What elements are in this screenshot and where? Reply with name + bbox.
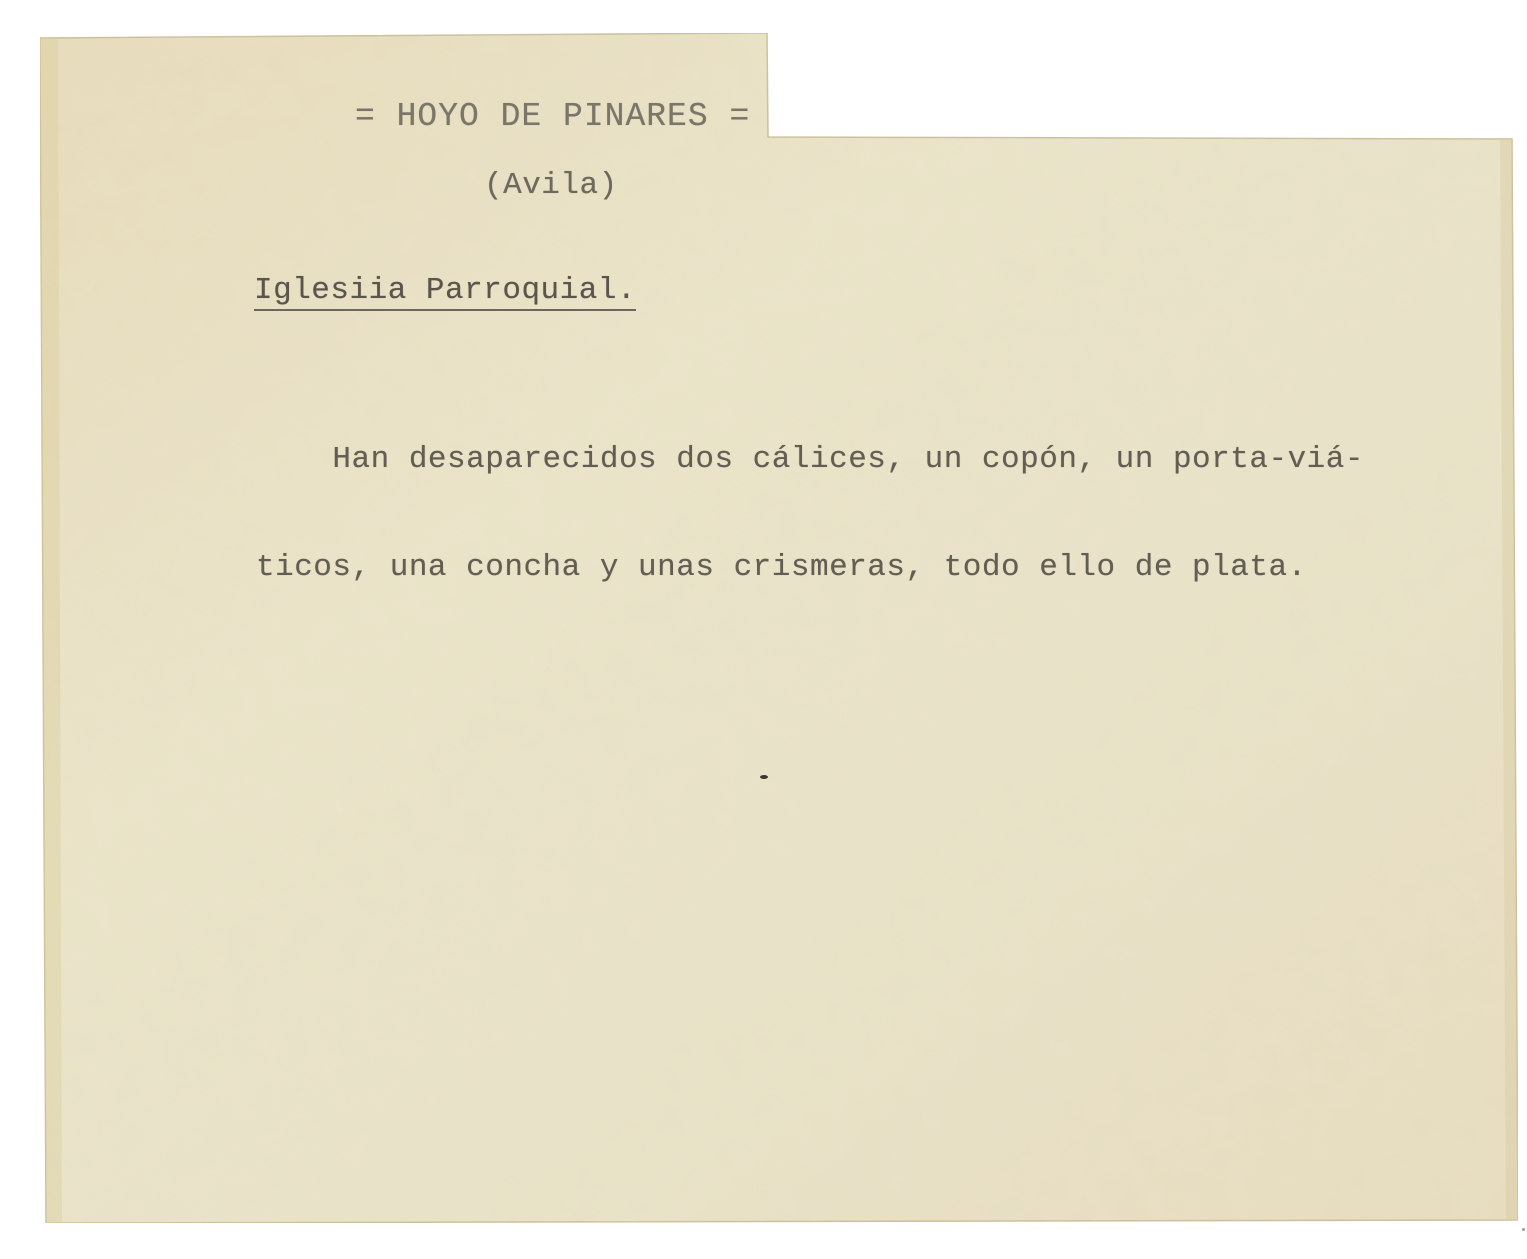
- card-title: = HOYO DE PINARES =: [355, 98, 750, 135]
- body-line-1: Han desaparecidos dos cálices, un copón,…: [256, 442, 1364, 478]
- section-heading: Iglesiia Parroquial.: [254, 273, 636, 311]
- index-card: = HOYO DE PINARES = (Avila) Iglesiia Par…: [0, 0, 1527, 1259]
- province-label: (Avila): [484, 168, 618, 203]
- body-text: Han desaparecidos dos cálices, un copón,…: [256, 370, 1364, 658]
- ink-speck: [760, 775, 768, 779]
- body-line-2: ticos, una concha y unas crismeras, todo…: [256, 550, 1364, 586]
- ink-speck: [1522, 1228, 1525, 1231]
